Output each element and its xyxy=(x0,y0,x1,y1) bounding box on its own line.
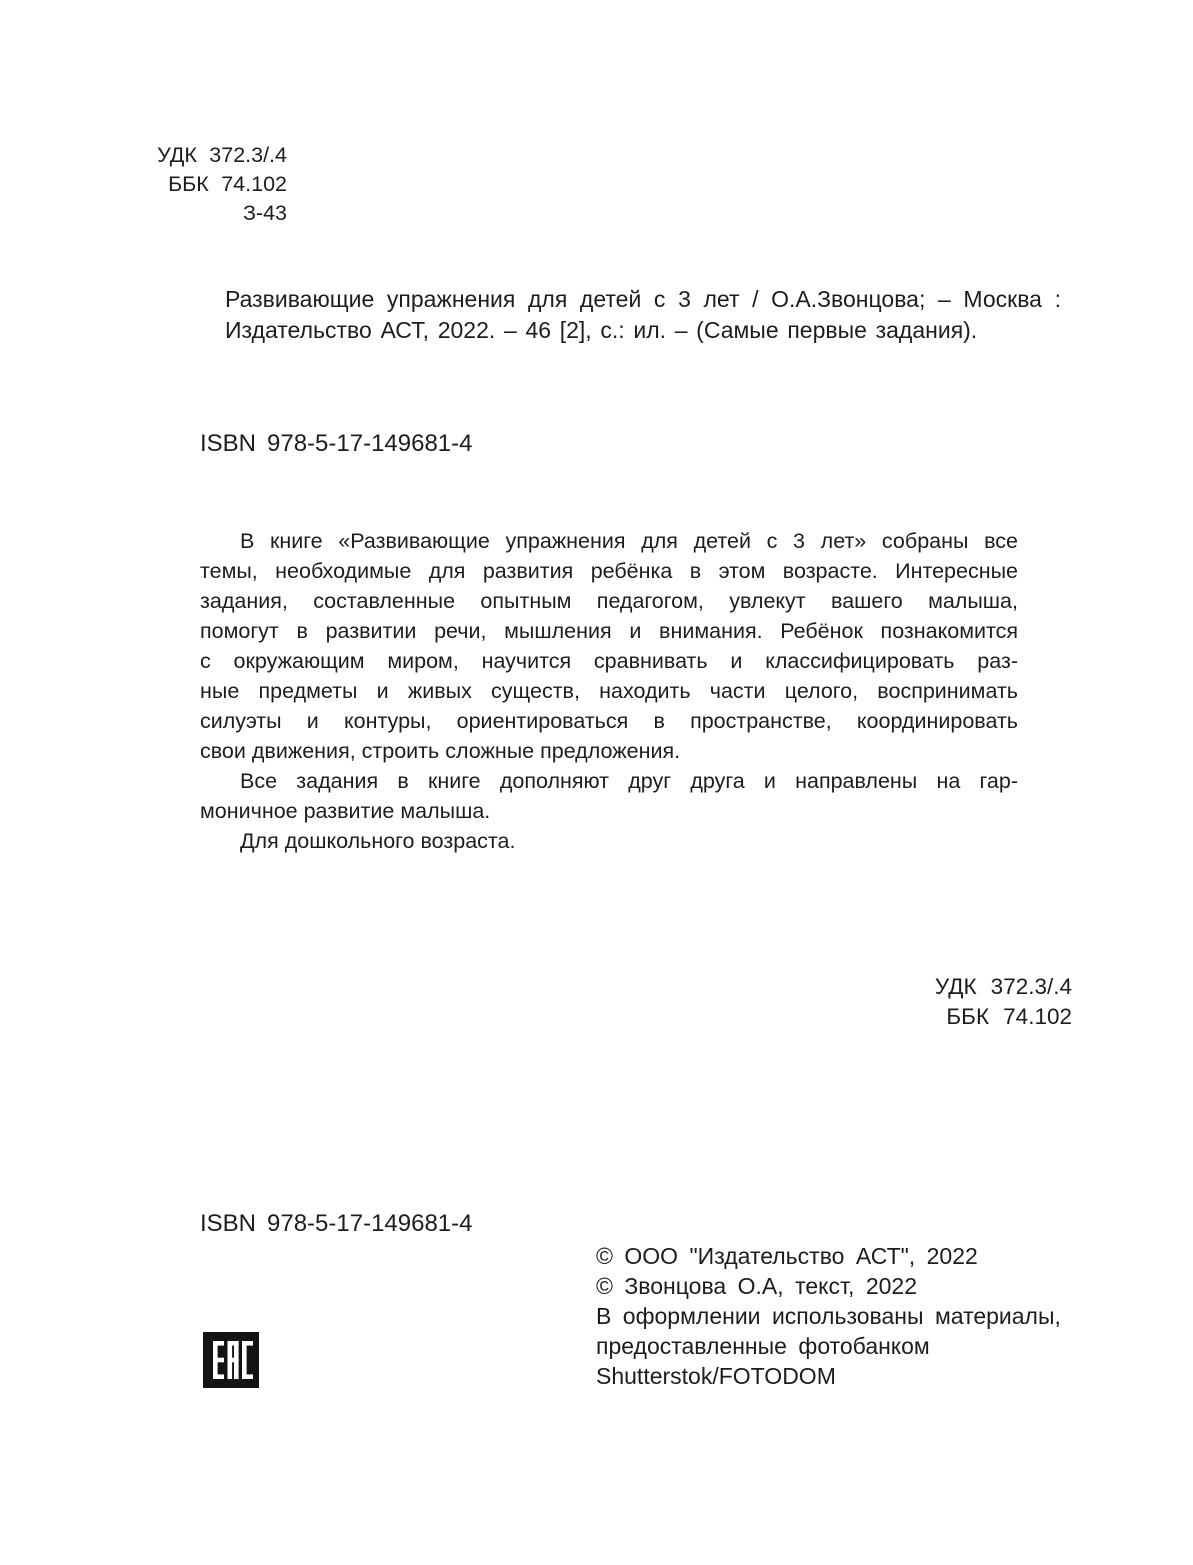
annotation-line: Для дошкольного возраста. xyxy=(200,826,1018,856)
annotation-line: силуэты и контуры, ориентироваться в про… xyxy=(200,706,1018,736)
annotation-line: темы, необходимые для развития ребёнка в… xyxy=(200,556,1018,586)
isbn-bottom: ISBN 978-5-17-149681-4 xyxy=(200,1210,473,1238)
annotation-line: ные предметы и живых существ, находить ч… xyxy=(200,676,1018,706)
code-line: ББК 74.102 xyxy=(157,170,287,199)
copyright-line: предоставленные фотобанком xyxy=(596,1331,1096,1361)
annotation-line: Все задания в книге дополняют друг друга… xyxy=(200,766,1018,796)
isbn-top: ISBN 978-5-17-149681-4 xyxy=(200,430,473,458)
annotation-line: моничное развитие малыша. xyxy=(200,796,1018,826)
copyright-block: © ООО "Издательство АСТ", 2022© Звонцова… xyxy=(596,1241,1096,1391)
annotation-line: задания, составленные опытным педагогом,… xyxy=(200,586,1018,616)
imprint-page: УДК 372.3/.4ББК 74.102З-43 Развивающие у… xyxy=(0,0,1193,1565)
udk-bbk-codes-bottom: УДК 372.3/.4ББК 74.102 xyxy=(935,972,1072,1031)
code-line: УДК 372.3/.4 xyxy=(935,972,1072,1002)
code-line: З-43 xyxy=(157,199,287,228)
annotation-paragraph-3: Для дошкольного возраста. xyxy=(200,826,1018,856)
annotation-line: свои движения, строить сложные предложен… xyxy=(200,736,1018,766)
eac-certification-mark-icon xyxy=(203,1332,259,1388)
copyright-line: © ООО "Издательство АСТ", 2022 xyxy=(596,1241,1096,1271)
copyright-line: Shutterstok/FOTODOM xyxy=(596,1361,1096,1391)
annotation-block: В книге «Развивающие упражнения для дете… xyxy=(200,526,1018,856)
citation-line: Издательство АСТ, 2022. – 46 [2], с.: ил… xyxy=(225,315,1061,346)
code-line: УДК 372.3/.4 xyxy=(157,141,287,170)
code-line: ББК 74.102 xyxy=(935,1002,1072,1032)
annotation-line: помогут в развитии речи, мышления и вним… xyxy=(200,616,1018,646)
copyright-line: В оформлении использованы материалы, xyxy=(596,1301,1096,1331)
annotation-paragraph-2: Все задания в книге дополняют друг друга… xyxy=(200,766,1018,826)
annotation-paragraph-1: В книге «Развивающие упражнения для дете… xyxy=(200,526,1018,766)
bibliographic-citation: Развивающие упражнения для детей с 3 лет… xyxy=(225,284,1061,346)
udk-bbk-codes-top: УДК 372.3/.4ББК 74.102З-43 xyxy=(157,141,287,228)
annotation-line: с окружающим миром, научится сравнивать … xyxy=(200,646,1018,676)
copyright-line: © Звонцова О.А, текст, 2022 xyxy=(596,1271,1096,1301)
citation-line: Развивающие упражнения для детей с 3 лет… xyxy=(225,284,1061,315)
annotation-line: В книге «Развивающие упражнения для дете… xyxy=(200,526,1018,556)
